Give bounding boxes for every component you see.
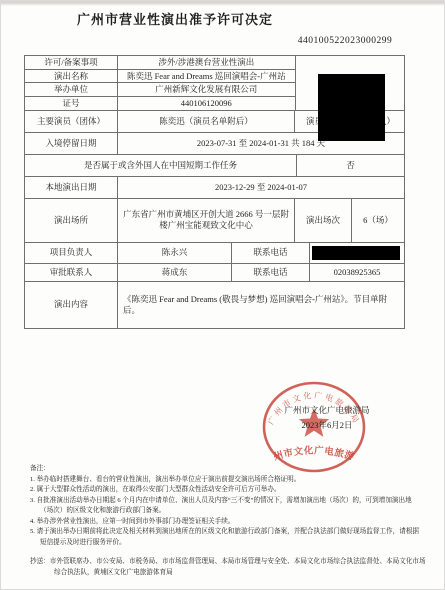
permit-info-table: 许可/备案事项 涉外/涉港澳台营业性演出 演出名称 陈奕迅 Fear and D… [24,55,405,329]
field-label: 本地演出日期 [25,177,117,198]
field-value: 440106120096 [117,97,295,110]
note-item: 3. 自批准演出活动举办日期起 6 个月内在申请单位、演出人员及内容“三不变”的… [30,496,422,517]
field-value: 涉外/涉港澳台营业性演出 [117,56,295,69]
issue-date: 2023年6月2日 [262,418,392,433]
issuer-name: 广州市文化广电旅游局 [262,403,392,418]
field-value: 广东省广州市黄埔区开创大道 2666 号一层附楼广州宝能观致文化中心 [117,199,294,242]
permit-number: 440100522023000299 [295,36,395,46]
field-label: 入境停留日期 [25,133,117,154]
field-label: 审批联系人 [25,264,117,281]
field-label: 许可/备案事项 [25,56,117,69]
field-label: 演出场次 [294,199,351,242]
table-row: 许可/备案事项 涉外/涉港澳台营业性演出 [25,56,295,69]
table-row: 证号 440106120096 [25,96,295,110]
field-value: 6（场） [351,199,404,242]
table-row: 审批联系人 蒋成东 联系电话 02038925365 [25,263,404,281]
field-value: 蒋成东 [117,264,231,281]
field-value: 否 [296,155,404,176]
field-label: 演出名称 [25,70,117,83]
field-label: 证号 [25,97,117,110]
table-row: 演出内容 《陈奕迅 Fear and Dreams (敬畏与梦想) 巡回演唱会-… [25,281,404,328]
field-value: 02038925365 [309,264,404,281]
field-value: 2023-12-29 至 2024-01-07 [117,177,404,198]
field-label: 项目负责人 [25,243,117,263]
field-label: 演出场所 [25,199,117,242]
field-label: 联系电话 [231,243,309,263]
table-row: 项目负责人 陈永兴 联系电话 [25,242,404,263]
table-row: 演出场所 广东省广州市黄埔区开创大道 2666 号一层附楼广州宝能观致文化中心 … [25,198,404,242]
issuer-block: 广州市文化广电旅游局 2023年6月2日 [262,403,392,434]
table-row: 演出名称 陈奕迅 Fear and Dreams 巡回演唱会-广州站 [25,69,295,83]
field-label: 演出内容 [25,282,117,328]
table-row: 是否属于或含外国人在中国短期工作任务 否 [25,154,404,176]
photo-redaction-box [318,74,385,141]
note-item: 5. 请于演出举办日期前将此决定及相关材料到演出地所在的区级文化和旅游行政部门备… [30,527,422,548]
cc-line: 抄送：市外管联席办、市公安局、市税务局、市市场监督管理局、本局市场管理与安全处、… [30,557,428,579]
photo-cell [295,56,404,110]
table-top-section: 许可/备案事项 涉外/涉港澳台营业性演出 演出名称 陈奕迅 Fear and D… [25,56,404,110]
field-value [309,243,404,263]
field-label: 主要演员（团体） [25,111,117,132]
field-label: 联系电话 [231,264,309,281]
phone-redaction-box [312,246,400,260]
table-row: 本地演出日期 2023-12-29 至 2024-01-07 [25,176,404,198]
field-label: 是否属于或含外国人在中国短期工作任务 [25,155,296,176]
field-value: 陈奕迅（演员名单附后） [117,111,294,132]
field-value: 陈永兴 [117,243,231,263]
notes-section: 备注： 1. 举办临时搭建舞台、看台的营业性演出，演出举办单位应于演出前提交演出… [30,464,422,548]
note-item: 4. 举办涉外营业性演出，应第一时间到市外事部门办理签证相关手续。 [30,517,422,528]
field-value: 广州新辉文化发展有限公司 [117,83,295,96]
field-value: 《陈奕迅 Fear and Dreams (敬畏与梦想) 巡回演唱会-广州站》。… [117,282,404,328]
document-title: 广州市营业性演出准予许可决定 [0,9,350,28]
field-value: 陈奕迅 Fear and Dreams 巡回演唱会-广州站 [117,70,295,83]
table-row: 举办单位 广州新辉文化发展有限公司 [25,82,295,96]
note-item: 2. 属于大型群众性活动的演出，在取得公安部门大型群众性活动安全许可后方可举办。 [30,485,422,496]
field-label: 举办单位 [25,83,117,96]
note-item: 1. 举办临时搭建舞台、看台的营业性演出，演出举办单位应于演出前提交演出场所合格… [30,475,422,486]
permit-document-page: 广州市营业性演出准予许可决定 440100522023000299 许可/备案事… [0,0,445,590]
